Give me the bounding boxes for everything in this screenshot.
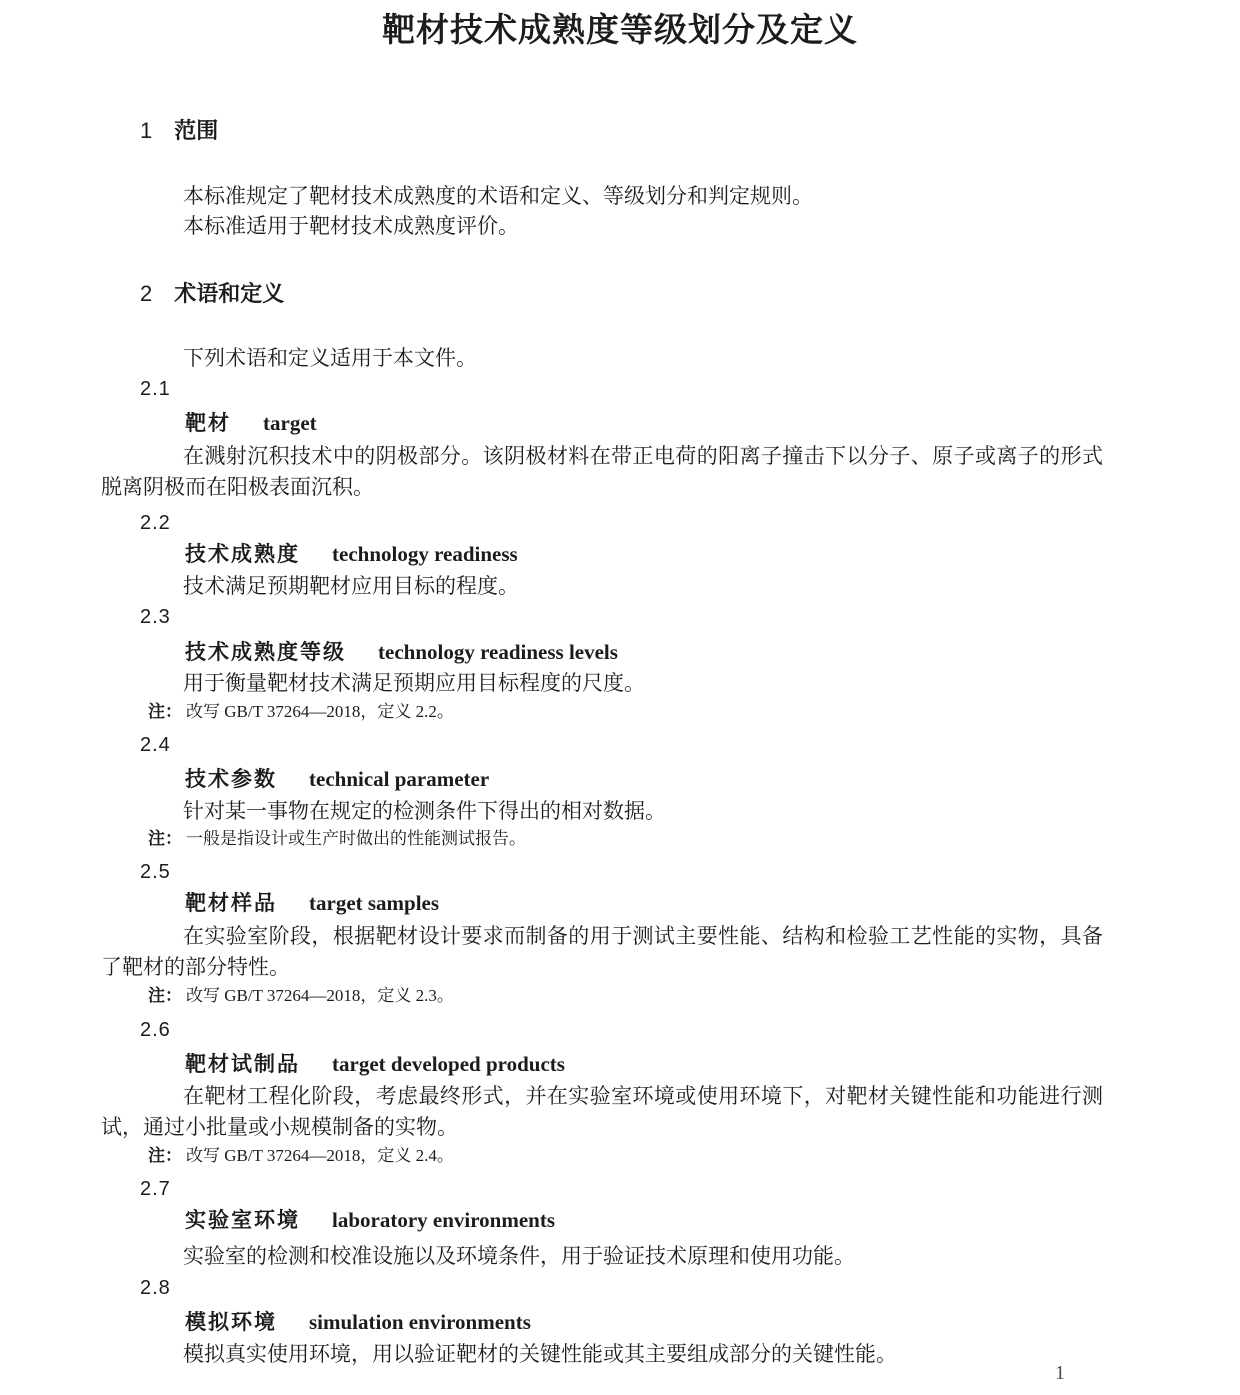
term-note: 注：改写 GB/T 37264—2018，定义 2.4。 [148, 1145, 1104, 1167]
document-title: 靶材技术成熟度等级划分及定义 [0, 12, 1240, 48]
page-number: 1 [1055, 1362, 1065, 1385]
term-en: laboratory environments [332, 1208, 555, 1232]
clause-number: 2.5 [140, 860, 171, 884]
term-zh: 模拟环境 [185, 1311, 277, 1334]
term-zh: 技术成熟度 [185, 543, 300, 566]
section-heading-scope: 1范围 [140, 118, 218, 144]
term-en: technical parameter [309, 767, 489, 791]
section-title: 范围 [174, 118, 218, 143]
term-heading: 靶材试制品target developed products [185, 1051, 565, 1078]
scope-paragraph-2: 本标准适用于靶材技术成熟度评价。 [101, 211, 1103, 242]
term-heading: 靶材样品target samples [185, 890, 439, 917]
terms-intro: 下列术语和定义适用于本文件。 [101, 343, 1103, 374]
note-text: 一般是指设计或生产时做出的性能测试报告。 [186, 829, 526, 848]
clause-number: 2.1 [140, 377, 171, 401]
note-label: 注： [148, 986, 182, 1005]
term-en: target [263, 411, 317, 435]
term-definition: 针对某一事物在规定的检测条件下得出的相对数据。 [101, 796, 1103, 827]
term-note: 注：改写 GB/T 37264—2018，定义 2.2。 [148, 701, 1104, 723]
clause-number: 2.7 [140, 1177, 171, 1201]
term-definition: 实验室的检测和校准设施以及环境条件，用于验证技术原理和使用功能。 [101, 1241, 1103, 1272]
term-heading: 技术参数technical parameter [185, 766, 489, 793]
term-heading: 模拟环境simulation environments [185, 1309, 531, 1336]
section-number: 1 [140, 118, 152, 143]
term-note: 注：改写 GB/T 37264—2018，定义 2.3。 [148, 985, 1104, 1007]
term-zh: 技术成熟度等级 [185, 641, 346, 664]
note-text: 改写 GB/T 37264—2018，定义 2.2。 [186, 702, 454, 721]
section-title: 术语和定义 [174, 281, 284, 306]
term-en: target developed products [332, 1052, 565, 1076]
term-definition: 在溅射沉积技术中的阴极部分。该阴极材料在带正电荷的阳离子撞击下以分子、原子或离子… [101, 441, 1103, 503]
section-number: 2 [140, 281, 152, 306]
note-label: 注： [148, 829, 182, 848]
term-heading: 靶材target [185, 410, 317, 437]
note-text: 改写 GB/T 37264—2018，定义 2.3。 [186, 986, 454, 1005]
term-zh: 靶材 [185, 412, 231, 435]
clause-number: 2.3 [140, 605, 171, 629]
term-zh: 实验室环境 [185, 1209, 300, 1232]
term-definition: 技术满足预期靶材应用目标的程度。 [101, 571, 1103, 602]
term-definition: 用于衡量靶材技术满足预期应用目标程度的尺度。 [101, 668, 1103, 699]
term-en: technology readiness levels [378, 640, 618, 664]
scope-paragraph-1: 本标准规定了靶材技术成熟度的术语和定义、等级划分和判定规则。 [101, 181, 1103, 212]
clause-number: 2.6 [140, 1018, 171, 1042]
clause-number: 2.4 [140, 733, 171, 757]
note-label: 注： [148, 702, 182, 721]
document-page: 靶材技术成熟度等级划分及定义 1范围 本标准规定了靶材技术成熟度的术语和定义、等… [0, 0, 1240, 1395]
term-en: target samples [309, 891, 439, 915]
section-heading-terms: 2术语和定义 [140, 281, 284, 307]
term-heading: 实验室环境laboratory environments [185, 1207, 555, 1234]
term-heading: 技术成熟度technology readiness [185, 541, 518, 568]
term-en: technology readiness [332, 542, 518, 566]
clause-number: 2.2 [140, 511, 171, 535]
clause-number: 2.8 [140, 1276, 171, 1300]
term-definition: 模拟真实使用环境，用以验证靶材的关键性能或其主要组成部分的关键性能。 [101, 1339, 1103, 1370]
note-text: 改写 GB/T 37264—2018，定义 2.4。 [186, 1146, 454, 1165]
note-label: 注： [148, 1146, 182, 1165]
term-definition: 在实验室阶段，根据靶材设计要求而制备的用于测试主要性能、结构和检验工艺性能的实物… [101, 921, 1103, 983]
term-zh: 靶材样品 [185, 892, 277, 915]
term-en: simulation environments [309, 1310, 531, 1334]
term-definition: 在靶材工程化阶段，考虑最终形式，并在实验室环境或使用环境下，对靶材关键性能和功能… [101, 1081, 1103, 1143]
term-zh: 技术参数 [185, 768, 277, 791]
term-note: 注：一般是指设计或生产时做出的性能测试报告。 [148, 828, 1104, 850]
term-heading: 技术成熟度等级technology readiness levels [185, 639, 618, 666]
term-zh: 靶材试制品 [185, 1053, 300, 1076]
